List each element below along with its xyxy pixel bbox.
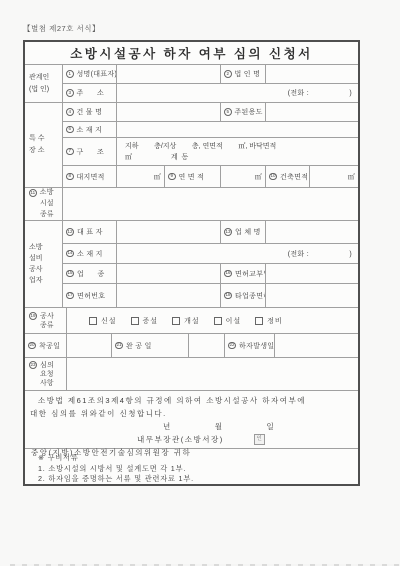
checkbox-option-extend: 증설 bbox=[131, 316, 159, 326]
row-contractor-rep: 12대 표 자 13업 체 명 bbox=[63, 221, 358, 243]
group-label-related-person: 관계인 (법 인) bbox=[25, 65, 63, 102]
field-number-icon: 6 bbox=[66, 126, 74, 134]
input-building-name bbox=[116, 103, 220, 121]
field-number-icon: 1 bbox=[66, 70, 74, 78]
field-number-icon: 2 bbox=[224, 70, 232, 78]
field-label-completion-date: 21완 공 일 bbox=[111, 334, 188, 357]
field-number-icon: 22 bbox=[228, 342, 236, 350]
field-number-icon: 11 bbox=[29, 189, 37, 197]
field-label-address: 3주 소 bbox=[63, 84, 116, 102]
field-number-icon: 13 bbox=[224, 228, 232, 236]
section-related-person: 관계인 (법 인) 1성명(대표자) 2법 인 명 3주 소 (전화 : ) bbox=[25, 64, 358, 102]
field-label-construction-type: 19공사 종류 bbox=[25, 308, 66, 333]
row-name-corp: 1성명(대표자) 2법 인 명 bbox=[63, 65, 358, 83]
field-label-name: 1성명(대표자) bbox=[63, 65, 116, 83]
field-label-facility-type: 11소방 시설 종류 bbox=[25, 188, 63, 220]
field-number-icon: 23 bbox=[29, 361, 37, 369]
input-contractor-location: (전화 : ) bbox=[116, 244, 358, 263]
checkbox-icon bbox=[214, 317, 222, 325]
field-number-icon: 21 bbox=[115, 342, 123, 350]
attachments-section: ※ 구비서류 1. 소방시설의 시방서 및 설계도면 각 1부. 2. 하자임을… bbox=[25, 448, 358, 484]
input-address: (전화 : ) bbox=[116, 84, 358, 102]
row-address: 3주 소 (전화 : ) bbox=[63, 83, 358, 102]
unit-m2: ㎡ bbox=[255, 172, 262, 182]
construction-type-options: 신설 증설 개설 이설 정비 bbox=[66, 308, 358, 333]
signer-name: 내무부장관(소방서장) bbox=[137, 435, 224, 444]
row-construction-type: 19공사 종류 신설 증설 개설 이설 정비 bbox=[25, 307, 358, 333]
field-number-icon: 17 bbox=[66, 292, 74, 300]
group-line: 관계인 bbox=[29, 74, 62, 82]
input-other-license bbox=[265, 284, 358, 307]
row-deliberation-request: 23심의 요청 사항 bbox=[25, 357, 358, 390]
field-number-icon: 20 bbox=[28, 342, 36, 350]
input-representative bbox=[116, 221, 220, 243]
field-number-icon: 12 bbox=[66, 228, 74, 236]
field-number-icon: 7 bbox=[66, 148, 74, 156]
section-fire-facility-type: 11소방 시설 종류 bbox=[25, 187, 358, 220]
phone-placeholder: (전화 : ) bbox=[288, 88, 352, 98]
group-line: 업자 bbox=[29, 277, 62, 285]
date-line: 년 월 일 bbox=[25, 422, 358, 431]
input-site-area: ㎡ bbox=[116, 166, 164, 187]
group-line: 소방 bbox=[29, 244, 62, 252]
unit-m2: ㎡ bbox=[348, 172, 355, 182]
group-line: 특 수 bbox=[29, 135, 62, 143]
group-line: 공사 bbox=[29, 266, 62, 274]
structure-line: ㎡ 계 동 bbox=[125, 153, 188, 162]
input-building-area: ㎡ bbox=[309, 166, 358, 187]
declaration-line: 대한 심의를 위와같이 신청합니다. bbox=[25, 409, 358, 418]
checkbox-option-relocate: 이설 bbox=[214, 316, 242, 326]
input-location bbox=[116, 122, 358, 137]
checkbox-option-maintain: 정비 bbox=[255, 316, 283, 326]
field-label-total-floor-area: 9연 면 적 bbox=[164, 166, 220, 187]
field-label-building-name: 4건 물 명 bbox=[63, 103, 116, 121]
row-contractor-address: 14소 재 지 (전화 : ) bbox=[63, 243, 358, 263]
field-label-site-area: 8대지면적 bbox=[63, 166, 116, 187]
field-number-icon: 14 bbox=[66, 250, 74, 258]
input-total-floor-area: ㎡ bbox=[220, 166, 265, 187]
input-facility-type bbox=[63, 188, 358, 220]
field-number-icon: 15 bbox=[66, 270, 74, 278]
input-name bbox=[116, 65, 220, 83]
input-start-date bbox=[66, 334, 111, 357]
checkbox-icon bbox=[255, 317, 263, 325]
field-number-icon: 4 bbox=[66, 108, 74, 116]
checkbox-icon bbox=[172, 317, 180, 325]
group-label-special-place: 특 수 장 소 bbox=[25, 103, 63, 187]
input-defect-date bbox=[274, 334, 358, 357]
attachment-item: 1. 소방시설의 시방서 및 설계도면 각 1부. bbox=[38, 464, 358, 474]
row-dates: 20착공일 21완 공 일 22하자발생일 bbox=[25, 333, 358, 357]
row-areas: 8대지면적 ㎡ 9연 면 적 ㎡ 10건축면적 ㎡ bbox=[63, 165, 358, 187]
field-number-icon: 8 bbox=[66, 173, 74, 181]
field-number-icon: 19 bbox=[29, 312, 37, 320]
document-page: 【별첨 제27호 서식】 소방시설공사 하자 여부 심의 신청서 관계인 (법 … bbox=[0, 0, 400, 566]
field-label-license-number: 17면허번호 bbox=[63, 284, 116, 307]
input-structure: 지하 층/지상 층, 연면적 ㎡, 바닥면적 ㎡ 계 동 bbox=[116, 138, 358, 165]
field-label-business-type: 15업 종 bbox=[63, 264, 116, 283]
field-label-company-name: 13업 체 명 bbox=[220, 221, 265, 243]
application-form: 소방시설공사 하자 여부 심의 신청서 관계인 (법 인) 1성명(대표자) 2… bbox=[23, 40, 360, 486]
input-business-type bbox=[116, 264, 220, 283]
group-line: (법 인) bbox=[29, 86, 62, 94]
field-number-icon: 10 bbox=[269, 173, 277, 181]
input-completion-date bbox=[188, 334, 224, 357]
field-label-license-issue-date: 16면허교부일 bbox=[220, 264, 265, 283]
group-line: 장 소 bbox=[29, 147, 62, 155]
attachment-item: 2. 하자임을 증명하는 서류 및 관련자료 1부. bbox=[38, 474, 358, 484]
input-main-use bbox=[265, 103, 358, 121]
row-building: 4건 물 명 5주된용도 bbox=[63, 103, 358, 121]
field-label-representative: 12대 표 자 bbox=[63, 221, 116, 243]
input-company-name bbox=[265, 221, 358, 243]
row-license-number: 17면허번호 18타업종면허 bbox=[63, 283, 358, 307]
field-number-icon: 3 bbox=[66, 89, 74, 97]
field-number-icon: 9 bbox=[168, 173, 176, 181]
field-label-structure: 7구 조 bbox=[63, 138, 116, 165]
seal-mark: 인 bbox=[254, 434, 265, 445]
checkbox-option-open: 개설 bbox=[172, 316, 200, 326]
field-label-defect-date: 22하자발생일 bbox=[224, 334, 274, 357]
section-contractor: 소방 설비 공사 업자 12대 표 자 13업 체 명 14소 재 지 (전화 … bbox=[25, 220, 358, 307]
field-label-corp-name: 2법 인 명 bbox=[220, 65, 265, 83]
group-line: 설비 bbox=[29, 255, 62, 263]
form-number-tag: 【별첨 제27호 서식】 bbox=[23, 23, 100, 34]
input-deliberation-request bbox=[66, 358, 358, 390]
row-business-type: 15업 종 16면허교부일 bbox=[63, 263, 358, 283]
checkbox-icon bbox=[131, 317, 139, 325]
structure-line: 지하 층/지상 층, 연면적 ㎡, 바닥면적 bbox=[125, 142, 276, 151]
input-license-number bbox=[116, 284, 220, 307]
field-label-contractor-location: 14소 재 지 bbox=[63, 244, 116, 263]
form-title: 소방시설공사 하자 여부 심의 신청서 bbox=[25, 42, 358, 64]
signer-line: 내무부장관(소방서장) 인 bbox=[25, 434, 358, 445]
phone-placeholder: (전화 : ) bbox=[288, 249, 352, 259]
field-label-building-area: 10건축면적 bbox=[265, 166, 309, 187]
input-license-issue-date bbox=[265, 264, 358, 283]
row-structure: 7구 조 지하 층/지상 층, 연면적 ㎡, 바닥면적 ㎡ 계 동 bbox=[63, 137, 358, 165]
field-label-main-use: 5주된용도 bbox=[220, 103, 265, 121]
declaration-line: 소방법 제61조의3제4항의 규정에 의하여 소방시설공사 하자여부에 bbox=[25, 396, 358, 405]
input-corp-name bbox=[265, 65, 358, 83]
group-label-contractor: 소방 설비 공사 업자 bbox=[25, 221, 63, 307]
field-label-other-license: 18타업종면허 bbox=[220, 284, 265, 307]
unit-m2: ㎡ bbox=[154, 172, 161, 182]
section-special-place: 특 수 장 소 4건 물 명 5주된용도 6소 재 지 7구 조 bbox=[25, 102, 358, 187]
checkbox-option-new: 신설 bbox=[89, 316, 117, 326]
field-label-start-date: 20착공일 bbox=[25, 334, 66, 357]
field-number-icon: 5 bbox=[224, 108, 232, 116]
declaration-section: 소방법 제61조의3제4항의 규정에 의하여 소방시설공사 하자여부에 대한 심… bbox=[25, 390, 358, 448]
field-number-icon: 16 bbox=[224, 270, 232, 278]
row-facility-type bbox=[63, 188, 358, 220]
field-number-icon: 18 bbox=[224, 292, 232, 300]
checkbox-icon bbox=[89, 317, 97, 325]
row-location: 6소 재 지 bbox=[63, 121, 358, 137]
field-label-location: 6소 재 지 bbox=[63, 122, 116, 137]
field-label-deliberation-request: 23심의 요청 사항 bbox=[25, 358, 66, 390]
